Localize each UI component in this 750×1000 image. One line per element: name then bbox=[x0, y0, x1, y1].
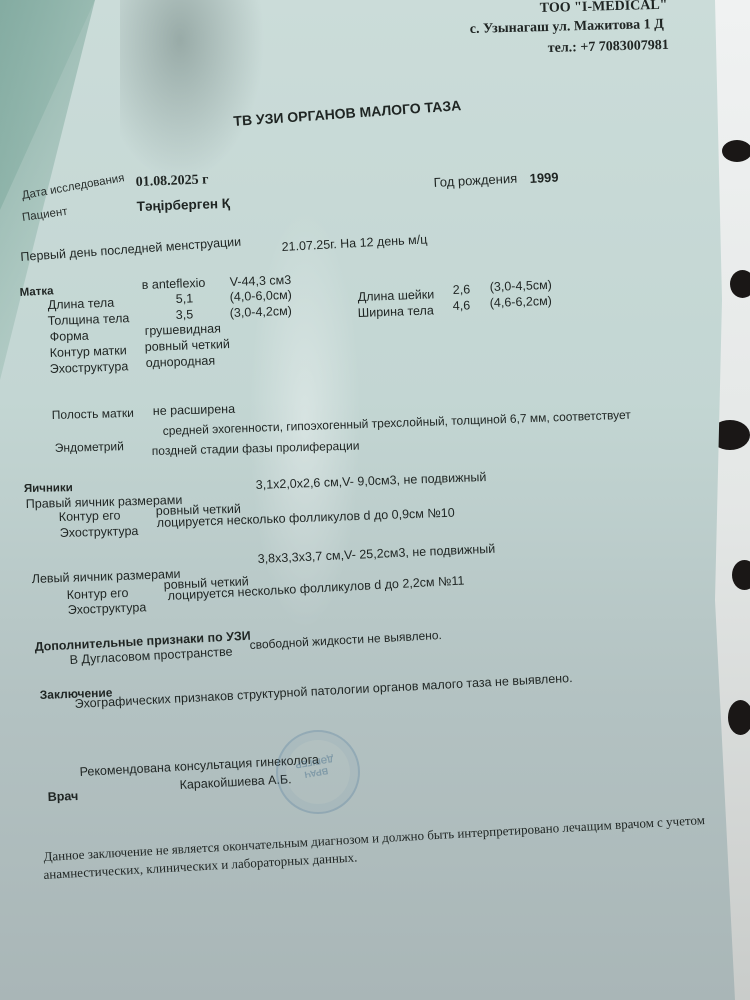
uterus-position: в anteflexio bbox=[142, 276, 206, 292]
uterus-length-value: 5,1 bbox=[176, 291, 194, 306]
body-width-norm: (4,6-6,2см) bbox=[490, 294, 553, 310]
left-ovary-contour-label: Контур его bbox=[67, 586, 129, 602]
exam-date-value: 01.08.2025 г bbox=[135, 172, 208, 191]
clinic-phone: тел.: +7 7083007981 bbox=[548, 38, 669, 57]
uterus-contour-label: Контур матки bbox=[50, 343, 127, 360]
body-width-label: Ширина тела bbox=[358, 303, 435, 320]
right-ovary-echo-label: Эхоструктура bbox=[60, 524, 139, 540]
uterus-thickness-value: 3,5 bbox=[176, 307, 194, 322]
cervix-length-label: Длина шейки bbox=[358, 287, 435, 304]
cavity-label: Полость матки bbox=[52, 406, 134, 422]
cervix-length-norm: (3,0-4,5см) bbox=[490, 278, 553, 294]
right-ovary-contour-label: Контур его bbox=[59, 508, 121, 524]
background-dot bbox=[728, 700, 750, 735]
uterus-volume: V-44,3 см3 bbox=[230, 273, 292, 289]
cavity-value: не расширена bbox=[153, 402, 236, 418]
uterus-label: Матка bbox=[19, 285, 53, 299]
uterus-contour-value: ровный четкий bbox=[145, 337, 231, 354]
background-dot bbox=[730, 270, 750, 298]
body-width-value: 4,6 bbox=[453, 298, 471, 313]
uterus-thickness-label: Толщина тела bbox=[48, 311, 130, 328]
uterus-length-norm: (4,0-6,0см) bbox=[230, 288, 293, 304]
uterus-length-label: Длина тела bbox=[48, 296, 115, 312]
doctor-stamp: ВРАЧ ДӘРІГЕР bbox=[276, 730, 360, 814]
background-dot bbox=[722, 140, 750, 162]
birth-year-value: 1999 bbox=[529, 170, 559, 186]
doctor-label: Врач bbox=[48, 789, 79, 804]
cervix-length-value: 2,6 bbox=[453, 282, 471, 297]
uterus-shape-label: Форма bbox=[50, 329, 89, 344]
background-dot bbox=[732, 560, 750, 590]
endometrium-label: Эндометрий bbox=[55, 439, 124, 455]
uterus-thickness-norm: (3,0-4,2см) bbox=[230, 304, 293, 320]
ovaries-label: Яичники bbox=[24, 482, 73, 495]
uterus-echo-value: однородная bbox=[146, 354, 216, 370]
uterus-shape-value: грушевидная bbox=[145, 321, 222, 338]
stamp-text: ВРАЧ ДӘРІГЕР bbox=[294, 753, 336, 781]
uterus-echo-label: Эхоструктура bbox=[50, 359, 129, 376]
left-ovary-echo-label: Эхоструктура bbox=[68, 600, 147, 617]
